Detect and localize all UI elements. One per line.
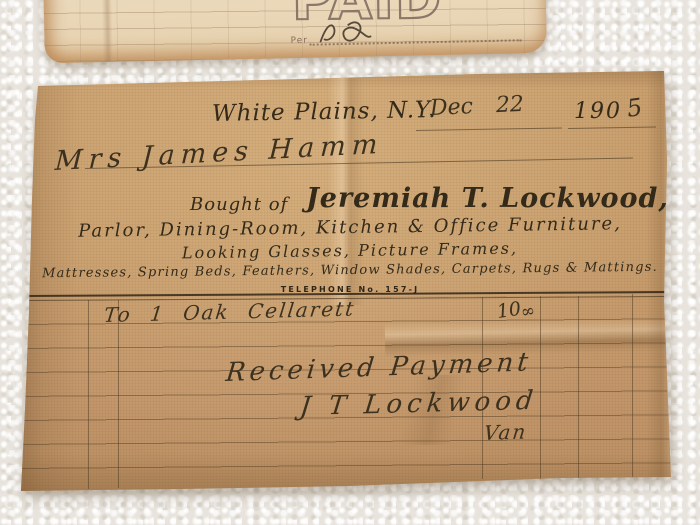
received-payment: Received Payment xyxy=(224,347,533,388)
business-line-1: Parlor, Dining-Room, Kitchen & Office Fu… xyxy=(78,213,622,242)
crease-vertical-fold xyxy=(328,70,364,305)
entry-amount-dollars: 10 xyxy=(495,298,522,323)
business-line-3: Mattresses, Spring Beds, Feathers, Windo… xyxy=(42,260,658,281)
business-line-2: Looking Glasses, Picture Frames, xyxy=(182,239,518,263)
dateline-blank-rule xyxy=(416,127,562,131)
per-dotted-leader xyxy=(310,31,522,45)
per-line: Per xyxy=(291,31,523,46)
dateline-handwritten-date: Dec 22 xyxy=(429,92,524,121)
ledger-column-line-left-2 xyxy=(118,300,119,488)
telephone-line: TELEPHONE No. 157-J xyxy=(281,285,420,294)
entry-description: To 1 Oak Cellarett xyxy=(103,296,357,327)
customer-name: Mrs James Hamm xyxy=(54,129,384,177)
invoice-paper: White Plains, N.Y. Dec 22 190 5 Mrs Jame… xyxy=(0,0,700,525)
dateline-place: White Plains, N.Y. xyxy=(212,97,437,127)
crease-horizontal-right xyxy=(385,317,676,357)
crease-left-edge xyxy=(15,70,77,495)
signature: J T Lockwood xyxy=(298,386,539,422)
entry-amount-cents-mark: ∞ xyxy=(519,301,536,323)
per-label: Per xyxy=(291,36,309,46)
invoice-shadow: White Plains, N.Y. Dec 22 190 5 Mrs Jame… xyxy=(0,0,700,525)
ledger-top-rule xyxy=(22,291,670,297)
crease-right-edge xyxy=(646,70,674,480)
top-receipt-fold-crease xyxy=(101,0,113,62)
ledger-row-lines xyxy=(19,295,673,493)
ledger-top-rule-2 xyxy=(22,296,670,301)
top-receipt-ruled-lines xyxy=(43,0,547,63)
customer-rule xyxy=(85,157,633,169)
crease-diagonal xyxy=(320,375,540,445)
towel-background xyxy=(0,0,700,525)
dateline-year-handwritten: 5 xyxy=(625,93,644,123)
ledger-column-line-right-3 xyxy=(578,296,579,478)
ledger-column-line-left-1 xyxy=(88,300,89,489)
bought-of-label: Bought of xyxy=(190,194,288,215)
ledger-column-line-right-4 xyxy=(632,294,633,477)
top-receipt-paper: PAID Per xyxy=(43,0,547,63)
ledger-column-line-right-2 xyxy=(540,296,541,479)
dateline-year-rule xyxy=(568,126,656,129)
top-receipt-shadow: PAID Per xyxy=(0,0,700,525)
merchant-name: Jeremiah T. Lockwood, xyxy=(306,183,669,214)
signature-scribble-icon xyxy=(316,16,373,47)
paid-stamp: PAID xyxy=(291,0,442,29)
crease-bottom-shade xyxy=(20,452,675,494)
ledger-column-line-right-1 xyxy=(482,297,483,479)
crease-top-edge xyxy=(30,68,670,88)
annotation-van: Van xyxy=(483,419,529,445)
dateline-year-printed: 190 xyxy=(574,99,622,124)
